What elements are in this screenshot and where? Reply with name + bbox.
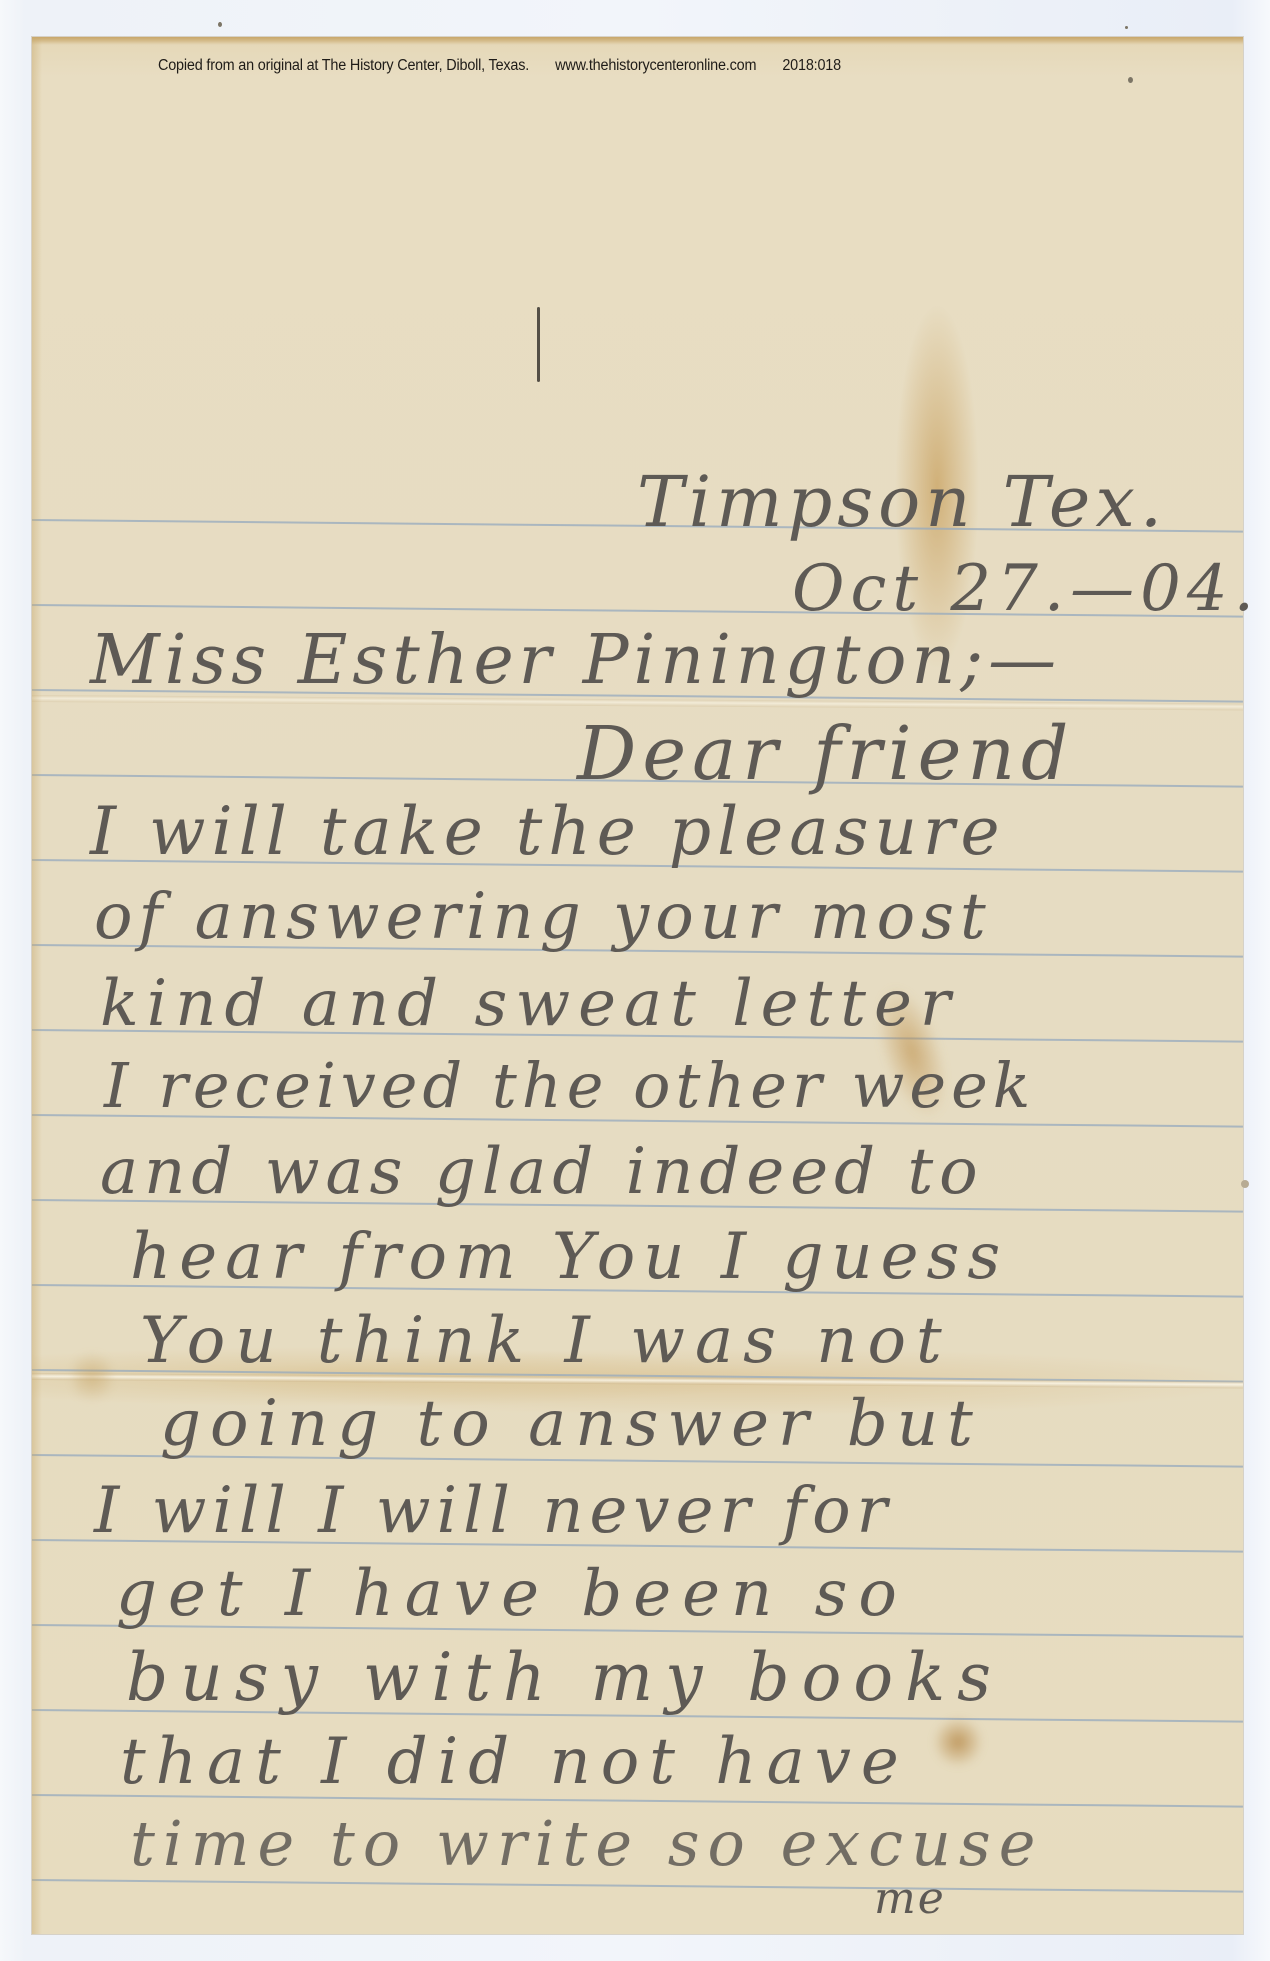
recipient-name: Miss Esther Pinington;— <box>90 627 1061 695</box>
archive-credit-note: Copied from an original at The History C… <box>158 57 1069 75</box>
archive-url[interactable]: www.thehistorycenteronline.com <box>555 57 756 75</box>
body-line: You think I was not <box>140 1309 952 1373</box>
scan-speck <box>1125 26 1128 29</box>
body-line: that I did not have <box>120 1730 909 1794</box>
paper-speck <box>1128 77 1133 83</box>
body-line: kind and sweat letter <box>100 972 958 1036</box>
water-stain <box>932 1717 984 1767</box>
body-line: I will I will never for <box>94 1479 893 1543</box>
accession-number: 2018:018 <box>782 57 841 75</box>
letter-place: Timpson Tex. <box>637 467 1167 537</box>
body-line: hear from You I guess <box>130 1225 1008 1289</box>
letter-date: Oct 27.—04. <box>792 557 1260 621</box>
body-line: of answering your most <box>94 885 992 949</box>
body-line: busy with my books <box>126 1645 1003 1711</box>
credit-text: Copied from an original at The History C… <box>158 57 529 75</box>
greeting: Dear friend <box>577 717 1074 791</box>
body-line: going to answer but <box>160 1392 982 1456</box>
ruled-line <box>32 1879 1243 1892</box>
body-line: and was glad indeed to <box>100 1140 984 1204</box>
water-stain <box>72 1347 112 1407</box>
scan-speck <box>218 22 222 27</box>
body-line: I will take the pleasure <box>90 799 1006 865</box>
body-line: me <box>874 1877 946 1921</box>
body-line: get I have been so <box>116 1562 908 1626</box>
letter-page: Copied from an original at The History C… <box>32 37 1243 1934</box>
body-line: I received the other week <box>104 1055 1035 1117</box>
paper-speck <box>1241 1180 1249 1188</box>
page-number-mark <box>537 307 540 382</box>
body-line: time to write so excuse <box>130 1813 1043 1875</box>
